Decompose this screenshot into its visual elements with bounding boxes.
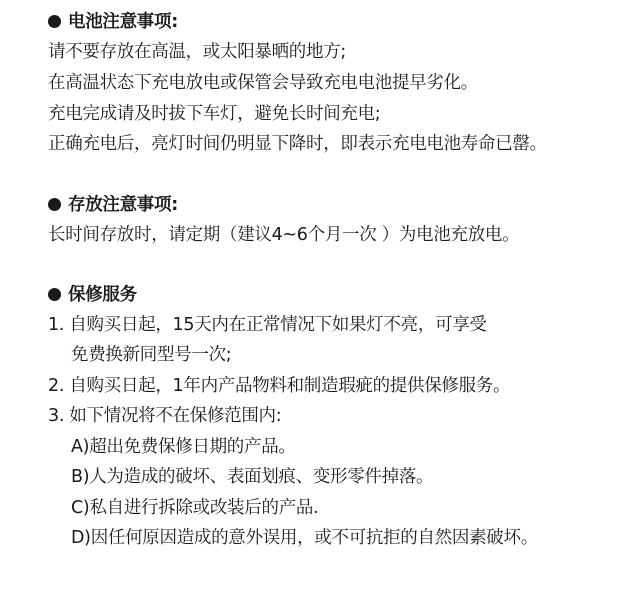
body-line: 正确充电后，亮灯时间仍明显下降时，即表示充电电池寿命已罄。	[48, 133, 547, 155]
heading-text: 存放注意事项:	[68, 195, 178, 215]
list-item: 3. 如下情况将不在保修范围内:	[48, 405, 281, 427]
heading-text: 电池注意事项:	[68, 12, 178, 32]
section-heading: 电池注意事项:	[48, 11, 178, 33]
bullet-icon	[48, 288, 61, 301]
sub-list-item: C)私自进行拆除或改装后的产品.	[71, 497, 318, 519]
bullet-icon	[48, 15, 61, 28]
sub-list-item: A)超出免费保修日期的产品。	[71, 436, 296, 458]
body-line: 充电完成请及时拔下车灯，避免长时间充电;	[48, 103, 380, 125]
body-line: 长时间存放时，请定期（建议4~6个月一次 ）为电池充放电。	[48, 224, 519, 246]
section-heading: 存放注意事项:	[48, 194, 178, 216]
sub-list-item: D)因任何原因造成的意外误用，或不可抗拒的自然因素破坏。	[71, 527, 538, 549]
list-item-continuation: 免费换新同型号一次;	[71, 344, 231, 366]
section-heading: 保修服务	[48, 284, 137, 306]
bullet-icon	[48, 198, 61, 211]
list-item: 1. 自购买日起，15天内在正常情况下如果灯不亮，可享受	[48, 314, 487, 336]
body-line: 请不要存放在高温，或太阳暴晒的地方;	[48, 41, 346, 63]
body-line: 在高温状态下充电放电或保管会导致充电电池提早劣化。	[48, 72, 478, 94]
heading-text: 保修服务	[68, 285, 137, 305]
list-item: 2. 自购买日起，1年内产品物料和制造瑕疵的提供保修服务。	[48, 375, 510, 397]
sub-list-item: B)人为造成的破坏、表面划痕、变形零件掉落。	[71, 466, 433, 488]
